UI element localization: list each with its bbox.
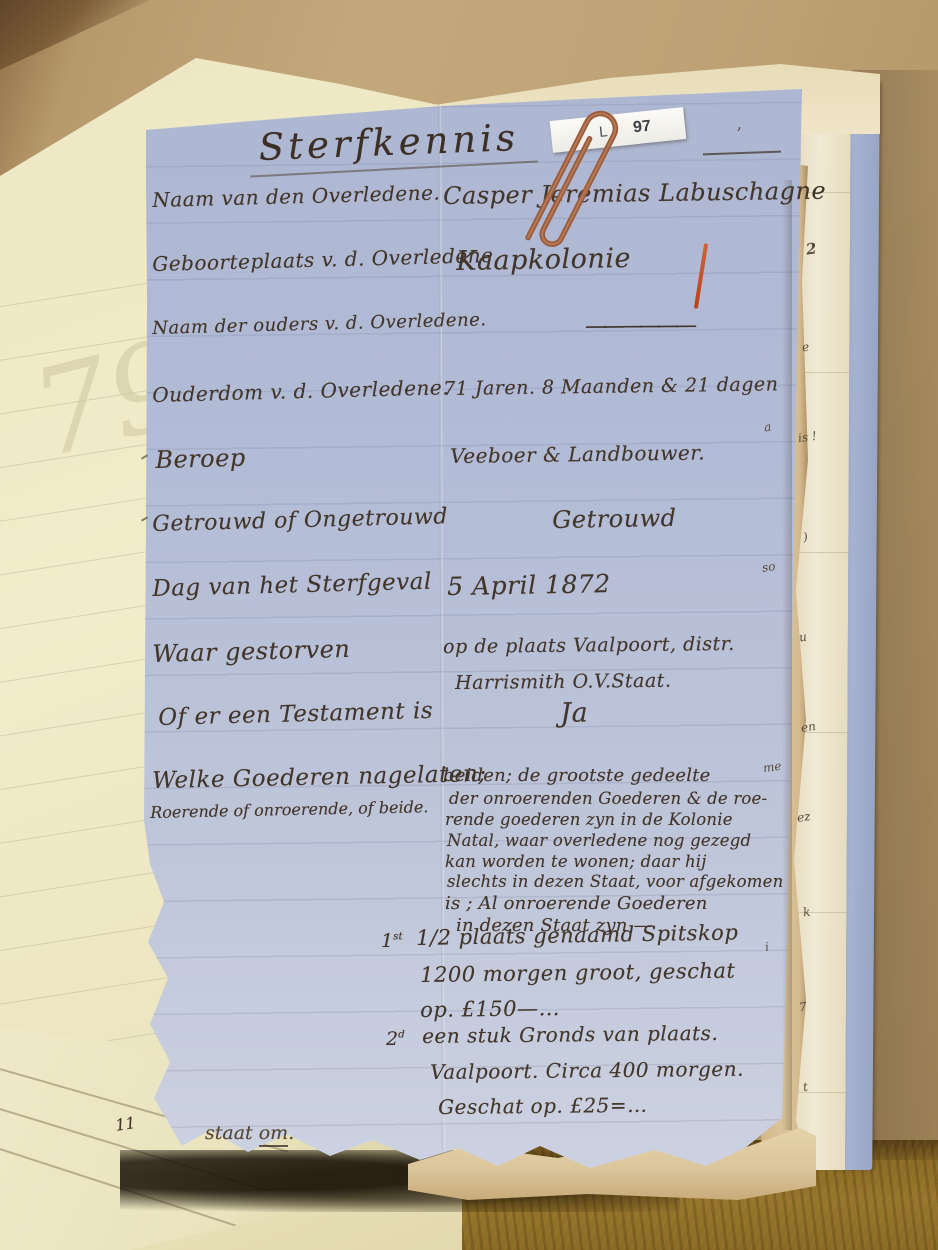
footer-note: staat om. <box>205 1122 294 1144</box>
ink-fragment: ez <box>796 809 811 825</box>
footer-note-word: staat <box>205 1122 253 1144</box>
book-corner-shadow <box>0 0 150 70</box>
field-value-ouders-blank: —————— <box>585 313 693 339</box>
field-value-beroep: Veeboer & Landbouwer. <box>450 440 705 468</box>
field-label-beroep: Beroep <box>155 444 246 474</box>
ink-fragment: 7 <box>798 1000 808 1015</box>
estate-text-line: Natal, waar overledene nog gezegd <box>447 831 751 850</box>
field-value-waar-gestorven-2: Harrismith O.V.Staat. <box>455 670 672 694</box>
margin-mark: 11 <box>114 1113 137 1135</box>
archival-photo: 79 Sterfkennis Naam van den Overledene. … <box>0 0 938 1250</box>
field-value-getrouwd: Getrouwd <box>552 504 677 534</box>
marker-sup: st <box>393 931 403 943</box>
estate-text-line: slechts in dezen Staat, voor afgekomen <box>447 872 783 891</box>
estate-text-line: kan worden te wonen; daar hij <box>445 852 707 871</box>
ink-fragment: me <box>762 759 782 775</box>
estate-item-2-marker: 2d <box>386 1028 405 1050</box>
field-label-waar-gestorven: Waar gestorven <box>152 635 351 668</box>
estate-item-2-line: een stuk Gronds van plaats. <box>422 1021 718 1048</box>
estate-item-2-line: Vaalpoort. Circa 400 morgen. <box>430 1057 744 1084</box>
marker-sup: d <box>398 1029 405 1041</box>
estate-text-line: rende goederen zyn in de Kolonie <box>445 810 733 829</box>
estate-text-line: beiden; de grootste gedeelte <box>443 765 711 786</box>
field-value-waar-gestorven-1: op de plaats Vaalpoort, distr. <box>443 633 735 658</box>
field-value-ouderdom: 71 Jaren. 8 Maanden & 21 dagen <box>443 373 779 400</box>
estate-item-2-line: Geschat op. £25=… <box>438 1093 648 1119</box>
footer-note-word-underlined: om <box>259 1122 288 1147</box>
marker-base: 2 <box>386 1028 398 1050</box>
field-value-testament: Ja <box>560 698 588 729</box>
marker-base: 1 <box>381 930 393 952</box>
footer-note-punct: . <box>288 1122 294 1144</box>
ink-fragment: en <box>800 719 817 735</box>
estate-text-line: is ; Al onroerende Goederen <box>445 893 708 914</box>
estate-item-1-marker: 1st <box>381 930 403 952</box>
field-value-sterfdag: 5 April 1872 <box>447 569 611 601</box>
ink-fragment: so <box>761 559 776 575</box>
page-right-edge-shade <box>782 180 792 1130</box>
estate-item-1-line: 1200 morgen groot, geschat <box>420 959 736 987</box>
field-value-overledene: Casper Jeremias Labuschagne <box>443 177 826 210</box>
ink-fragment: is ! <box>797 429 817 445</box>
estate-text-line: der onroerenden Goederen & de roe- <box>449 789 767 808</box>
estate-item-1-line: op. £150—… <box>420 996 560 1022</box>
